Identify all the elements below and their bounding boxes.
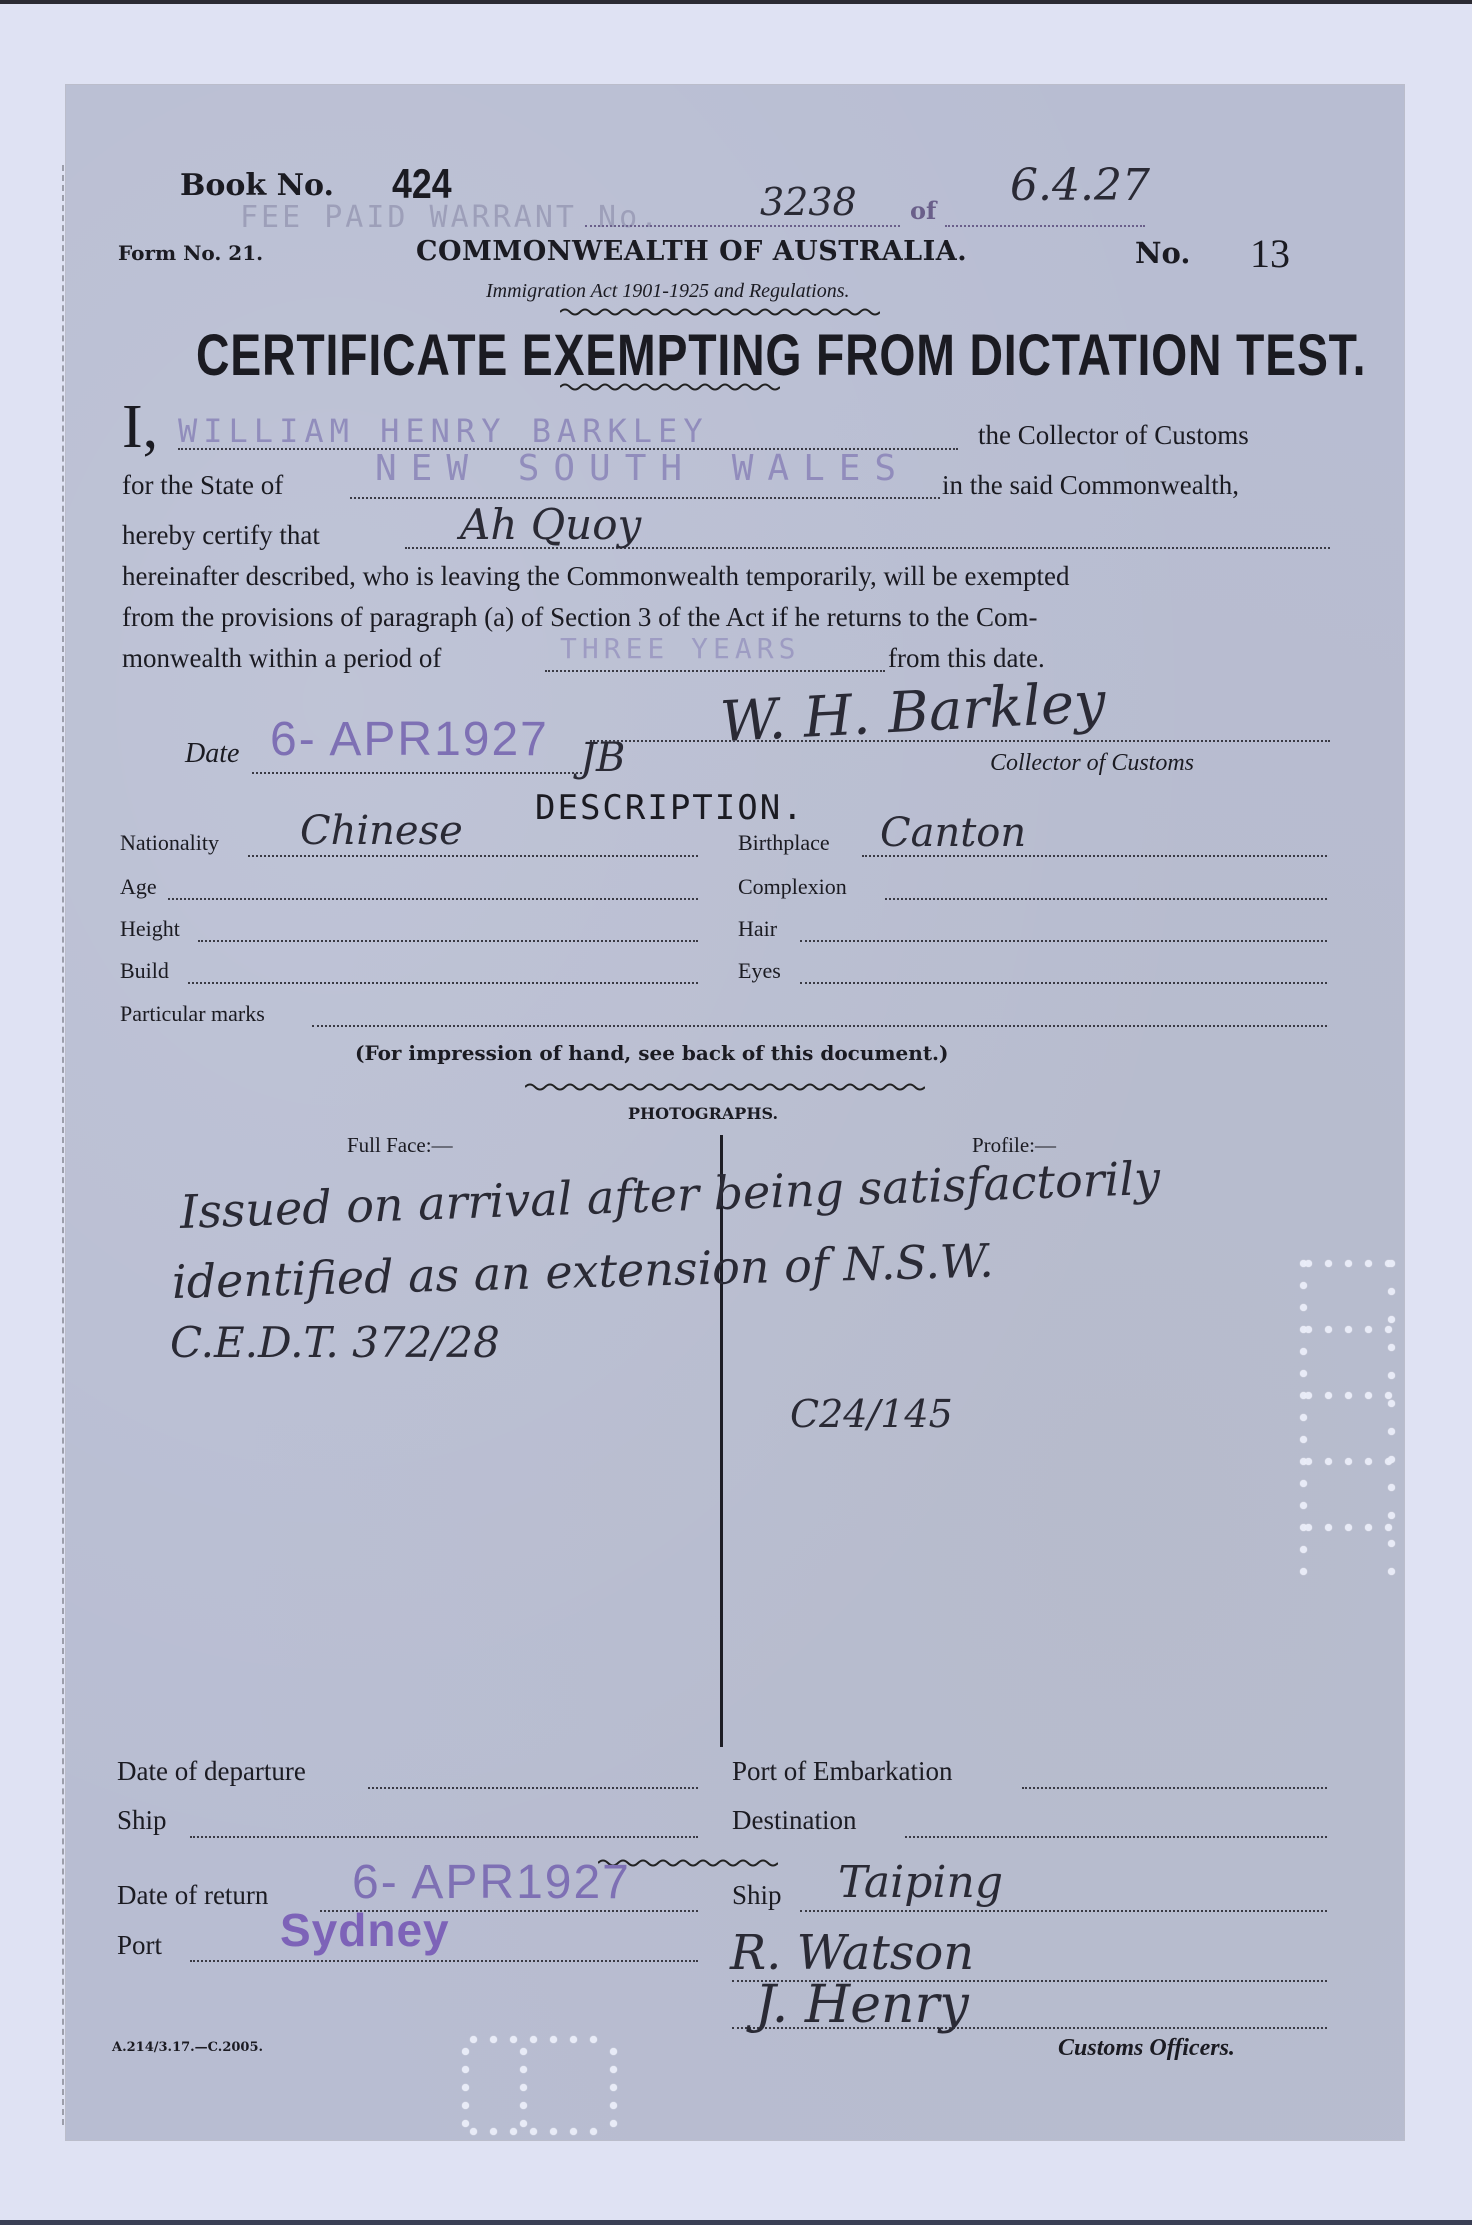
perforation-dot [1345,1524,1352,1531]
perforation-dot [1305,1392,1312,1399]
warrant-number: 3238 [760,180,857,224]
state-line [350,497,940,499]
hair-line [800,940,1327,942]
perforation-dot [530,2036,537,2043]
perforation-dot [1365,1326,1372,1333]
perforation-dot [1388,1540,1395,1547]
perforation-dot [1305,1458,1312,1465]
ship-return-line [800,1910,1327,1912]
build-label: Build [120,958,169,984]
birthplace-value: Canton [880,810,1026,856]
port-stamp: Sydney [280,1903,450,1957]
body-line-3-prefix: monwealth within a period of [122,643,441,674]
build-line [188,982,698,984]
photo-note-line-3: C.E.D.T. 372/28 [170,1318,500,1367]
perforation-dot [1388,1260,1395,1267]
nationality-line [248,855,698,857]
ship-out-label: Ship [117,1805,167,1836]
perforation-dot [1300,1546,1307,1553]
perforation-dot [520,2048,527,2055]
collector-signature-line [590,740,1330,742]
certificate-title: CERTIFICATE EXEMPTING FROM DICTATION TES… [196,322,1366,389]
perforation-dot [1388,1372,1395,1379]
perforation-dot [1305,1524,1312,1531]
perforation-dot [610,2084,617,2091]
nationality-value: Chinese [300,808,463,854]
return-date-stamp: 6- APR1927 [352,1855,631,1910]
perforation-dot [1388,1456,1395,1463]
perforation-dot [1345,1326,1352,1333]
perforation-dot [462,2066,469,2073]
perforation-dot [1388,1288,1395,1295]
collector-label: Collector of Customs [990,750,1194,777]
scan-top-edge [0,0,1472,4]
date-line [252,772,582,774]
hair-label: Hair [738,916,777,942]
perforation-dot [1300,1304,1307,1311]
perforation-dot [1365,1260,1372,1267]
body-line-3-suffix: from this date. [888,643,1045,674]
perforation-dot [1305,1260,1312,1267]
perforation-dot [1365,1524,1372,1531]
collector-name-stamp: WILLIAM HENRY BARKLEY [178,412,709,450]
ship-out-line [190,1836,698,1838]
warrant-stamp: FEE PAID WARRANT No. [240,200,661,235]
destination-label: Destination [732,1805,856,1836]
perforation-dot [1300,1568,1307,1575]
period-stamp: THREE YEARS [560,632,800,665]
certificate-number: 13 [1250,230,1290,277]
full-face-label: Full Face:— [347,1133,453,1158]
perforation-dot [1388,1344,1395,1351]
perforation-dot [520,2102,527,2109]
perforation-dot [610,2066,617,2073]
officer-signature-2: J. Henry [755,1975,969,2035]
perforation-dot [1365,1458,1372,1465]
form-number: Form No. 21. [118,241,263,265]
perforation-dot [520,2066,527,2073]
ship-return-label: Ship [732,1880,782,1911]
print-code: A.214/3.17.—C.2005. [112,2040,263,2055]
perforation-dot [1365,1392,1372,1399]
holder-name: Ah Quoy [460,500,641,549]
perforation-dot [1385,1524,1392,1531]
perforation-dot [570,2036,577,2043]
perforation-dot [1300,1282,1307,1289]
perforation-dot [610,2120,617,2127]
date-stamp: 6- APR1927 [270,712,549,767]
departure-line [368,1787,698,1789]
perforation-dot [1388,1484,1395,1491]
perforation-dot [550,2036,557,2043]
i-prefix: I, [122,392,158,463]
perforation-dot [1388,1568,1395,1575]
perforation-dot [1325,1260,1332,1267]
officer-signature-1: R. Watson [730,1925,974,1981]
complexion-line [885,898,1327,900]
wavy-divider [560,382,780,392]
return-label: Date of return [117,1880,268,1911]
perforation-dot [550,2128,557,2135]
perforation-dot [610,2048,617,2055]
period-line [545,670,885,672]
country-heading: COMMONWEALTH OF AUSTRALIA. [416,236,967,267]
perforation-dot [1300,1414,1307,1421]
perforation-dot [610,2102,617,2109]
perforation-dot [1345,1260,1352,1267]
height-line [198,940,698,942]
perforation-dot [490,2128,497,2135]
port-line [190,1960,698,1962]
photograph-divider [720,1135,723,1747]
collector-suffix: the Collector of Customs [978,420,1249,451]
perforation-dot [1325,1392,1332,1399]
particular-marks-line [312,1025,1327,1027]
ship-return-value: Taiping [838,1857,1003,1908]
embarkation-line [1022,1787,1327,1789]
perforation-dot [1325,1458,1332,1465]
birthplace-label: Birthplace [738,830,830,856]
perforation-dot [510,2128,517,2135]
perforation-dot [470,2036,477,2043]
warrant-number-line [585,225,900,227]
date-label: Date [185,738,239,770]
perforation-dot [520,2120,527,2127]
perforation-dot [510,2036,517,2043]
perforation-dot [590,2128,597,2135]
perforation-dot [1305,1326,1312,1333]
book-label: Book No. [180,168,334,203]
perforation-dot [1385,1326,1392,1333]
certify-prefix: hereby certify that [122,520,320,551]
perforation-dot [1388,1400,1395,1407]
departure-label: Date of departure [117,1756,306,1787]
wavy-divider [525,1082,925,1092]
perforation-dot [590,2036,597,2043]
perforation-dot [1325,1524,1332,1531]
perforation-dot [520,2084,527,2091]
state-stamp: NEW SOUTH WALES [375,448,910,489]
perforation-dot [1300,1348,1307,1355]
perforation-dot [462,2102,469,2109]
state-prefix: for the State of [122,470,283,501]
state-suffix: in the said Commonwealth, [942,470,1239,501]
perforation-dot [1388,1512,1395,1519]
perforation-dot [462,2084,469,2091]
nationality-label: Nationality [120,830,219,856]
description-heading: DESCRIPTION. [535,788,805,828]
hand-impression-note: (For impression of hand, see back of thi… [355,1041,949,1065]
perforation-dot [1300,1436,1307,1443]
scan-bottom-edge [0,2220,1472,2225]
eyes-line [800,982,1327,984]
photographs-heading: PHOTOGRAPHS. [628,1104,778,1123]
perforation-dot [1388,1428,1395,1435]
perforation-dot [1345,1392,1352,1399]
embarkation-label: Port of Embarkation [732,1756,952,1787]
eyes-label: Eyes [738,958,781,984]
age-label: Age [120,874,157,900]
destination-line [905,1836,1327,1838]
perforation-dot [462,2120,469,2127]
no-label: No. [1135,236,1190,270]
perforation-dot [470,2128,477,2135]
act-subtitle: Immigration Act 1901-1925 and Regulation… [486,280,850,303]
perforation-dot [1300,1370,1307,1377]
perforation-dot [1325,1326,1332,1333]
perforation-dot [462,2048,469,2055]
warrant-date: 6.4.27 [1010,160,1150,211]
perforation-dot [1300,1480,1307,1487]
body-line-2: from the provisions of paragraph (a) of … [122,602,1038,633]
perforation-dot [1345,1458,1352,1465]
complexion-label: Complexion [738,874,847,900]
perforation-dot [1300,1502,1307,1509]
warrant-of: of [910,196,936,225]
perforation-dot [570,2128,577,2135]
age-line [168,898,698,900]
customs-officers-label: Customs Officers. [1058,2035,1235,2062]
warrant-date-line [945,225,1145,227]
perforation-dot [490,2036,497,2043]
perforation-dot [530,2128,537,2135]
photo-ref: C24/145 [790,1392,953,1436]
perforation-dot [1388,1316,1395,1323]
port-label: Port [117,1930,162,1961]
particular-marks-label: Particular marks [120,1001,265,1027]
wavy-divider [560,307,880,317]
height-label: Height [120,916,180,942]
perforation-dot [1385,1392,1392,1399]
body-line-1: hereinafter described, who is leaving th… [122,561,1069,592]
